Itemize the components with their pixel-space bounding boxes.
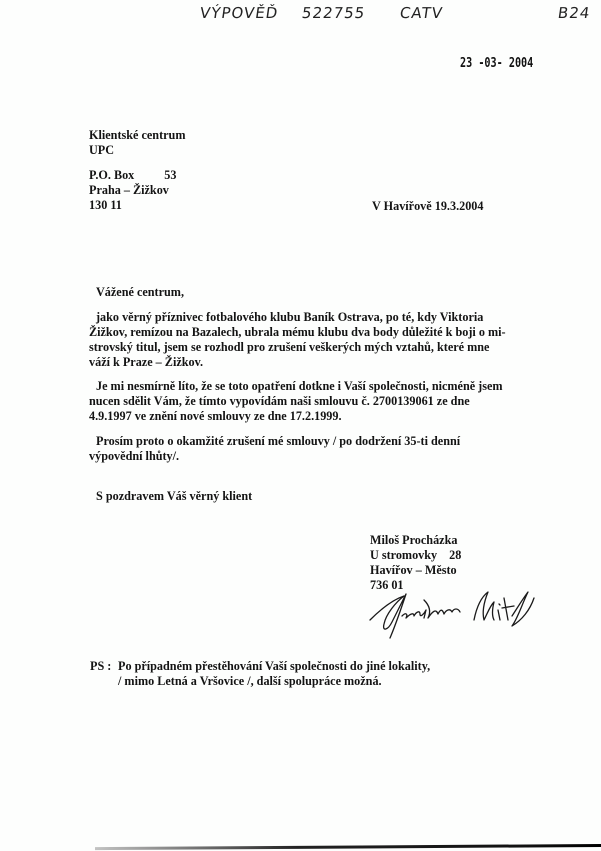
handwritten-note-ref: B24 [557,4,592,22]
sender-street: U stromovky [370,548,437,562]
po-box-number: 53 [164,168,176,182]
body-paragraph-3: Prosím proto o okamžité zrušení mé smlou… [89,434,460,464]
paragraph-line: nucen sdělit Vám, že tímto vypovídám naš… [89,394,503,409]
paragraph-line: 4.9.1997 ve znění nové smlouvy ze dne 17… [89,409,503,424]
paragraph-line: Prosím proto o okamžité zrušení mé smlou… [89,434,460,449]
scan-edge-divider [95,844,601,850]
place-and-date: V Havířově 19.3.2004 [372,199,484,214]
sender-street-line: U stromovky28 [370,548,461,563]
sender-street-number: 28 [449,548,461,562]
paragraph-line: Žižkov, remízou na Bazalech, ubrala mému… [89,325,506,340]
paragraph-line: výpovědní lhůty/. [89,449,460,464]
signature-icon [362,580,537,642]
postscript-line-2: / mimo Letná a Vršovice /, další spolupr… [90,674,430,689]
postscript: PS :Po případném přestěhování Vaší spole… [90,659,430,689]
body-paragraph-1: jako věrný příznivec fotbalového klubu B… [89,310,506,370]
paragraph-line: jako věrný příznivec fotbalového klubu B… [89,310,506,325]
postscript-label: PS : [90,659,118,674]
salutation: Vážené centrum, [96,285,184,300]
paragraph-line: Je mi nesmírně líto, že se toto opatření… [89,379,503,394]
received-date-stamp: 23 -03- 2004 [460,56,533,71]
handwritten-note-vypoved: VÝPOVĚĎ [199,4,280,22]
recipient-postal-code: 130 11 [89,198,185,213]
postscript-text: Po případném přestěhování Vaší společnos… [118,659,430,673]
recipient-address: Klientské centrum UPC P.O. Box53 Praha –… [89,128,185,213]
handwritten-note-catv: CATV [399,4,445,22]
po-box-label: P.O. Box [89,168,134,182]
recipient-line: UPC [89,143,185,158]
recipient-city: Praha – Žižkov [89,183,185,198]
paragraph-line: váží k Praze – Žižkov. [89,355,506,370]
handwritten-note-number: 522755 [301,4,367,22]
paragraph-line: strovský titul, jsem se rozhodl pro zruš… [89,340,506,355]
closing: S pozdravem Váš věrný klient [96,489,252,504]
recipient-line: Klientské centrum [89,128,185,143]
body-paragraph-2: Je mi nesmírně líto, že se toto opatření… [89,379,503,424]
po-box-line: P.O. Box53 [89,168,185,183]
sender-city: Havířov – Město [370,563,461,578]
postscript-line-1: PS :Po případném přestěhování Vaší spole… [90,659,430,674]
sender-name: Miloš Procházka [370,533,461,548]
